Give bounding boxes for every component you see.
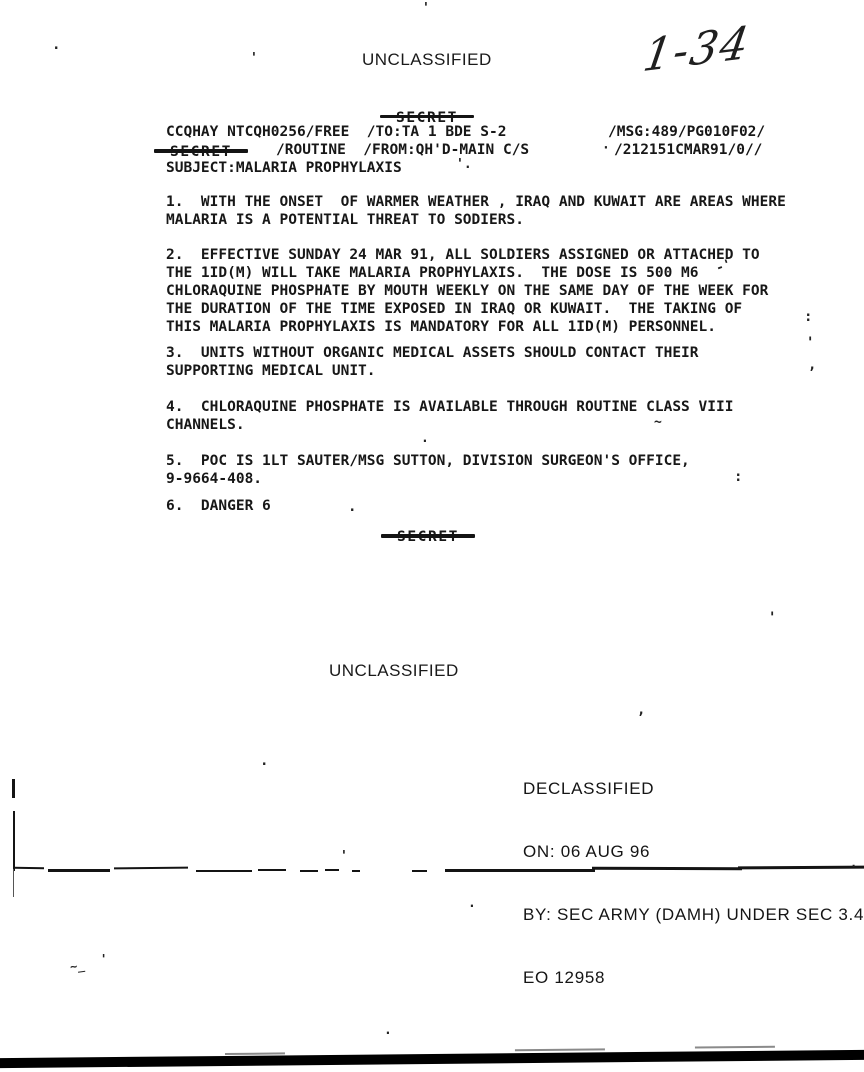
left-margin-tick	[12, 779, 15, 798]
strikethrough-line	[381, 534, 475, 538]
scan-speck: :	[734, 470, 742, 484]
scan-speck: ,	[808, 358, 816, 372]
paragraph-4: 4. CHLORAQUINE PHOSPHATE IS AVAILABLE TH…	[166, 398, 733, 434]
left-margin-line	[13, 811, 15, 871]
scan-speck: .	[52, 38, 60, 52]
scan-speck: '.	[456, 158, 472, 171]
scan-speck: '	[100, 953, 107, 965]
header-line2-left: /ROUTINE /FROM:QH'D-MAIN C/S	[276, 141, 529, 159]
secret-stamp-header-line: SECRET	[170, 141, 232, 161]
paragraph-6: 6. DANGER 6	[166, 497, 271, 515]
scan-speck: '	[340, 850, 348, 863]
declassification-stamp: DECLASSIFIED ON: 06 AUG 96 BY: SEC ARMY …	[523, 736, 864, 1030]
scanned-document-page: UNCLASSIFIED 1-34 SECRET CCQHAY NTCQH025…	[0, 0, 864, 1072]
scan-bar-black-band	[0, 1050, 864, 1068]
scan-speck: ~	[654, 416, 662, 429]
paragraph-3: 3. UNITS WITHOUT ORGANIC MEDICAL ASSETS …	[166, 344, 699, 380]
declassification-line-3: BY: SEC ARMY (DAMH) UNDER SEC 3.4	[523, 904, 864, 925]
strikethrough-line	[154, 149, 248, 153]
scan-speck: .	[421, 432, 429, 445]
handwritten-page-number: 1-34	[640, 17, 754, 82]
scan-speck: .	[468, 897, 476, 910]
scan-speck: '	[422, 2, 430, 15]
scan-bar-bottom	[0, 1044, 864, 1068]
header-line2-right: /212151CMAR91/0//	[614, 141, 762, 159]
bottom-classification-label: UNCLASSIFIED	[329, 661, 459, 681]
left-margin-line-faint	[13, 869, 14, 897]
scan-speck: .	[384, 1024, 392, 1037]
declassification-line-2: ON: 06 AUG 96	[523, 841, 864, 862]
top-classification-label: UNCLASSIFIED	[362, 50, 492, 70]
paragraph-5: 5. POC IS 1LT SAUTER/MSG SUTTON, DIVISIO…	[166, 452, 690, 488]
scan-speck: '	[250, 52, 258, 65]
scan-speck: ~_	[69, 959, 85, 973]
declassification-line-1: DECLASSIFIED	[523, 778, 864, 799]
strikethrough-line	[380, 115, 474, 118]
scan-speck: ·	[602, 142, 610, 155]
scan-speck: '	[806, 336, 814, 350]
header-line1-left: CCQHAY NTCQH0256/FREE /TO:TA 1 BDE S-2	[166, 123, 506, 141]
secret-stamp-bottom: SECRET	[397, 526, 459, 546]
scan-speck: ,	[637, 703, 645, 717]
paragraph-1: 1. WITH THE ONSET OF WARMER WEATHER , IR…	[166, 193, 786, 229]
scan-speck: .	[850, 857, 857, 869]
paragraph-2: 2. EFFECTIVE SUNDAY 24 MAR 91, ALL SOLDI…	[166, 246, 768, 336]
scan-speck: :	[804, 310, 812, 324]
header-subject-line: SUBJECT:MALARIA PROPHYLAXIS	[166, 159, 402, 177]
scan-speck: '	[768, 611, 776, 625]
declassification-line-4: EO 12958	[523, 967, 864, 988]
header-line1-right: /MSG:489/PG010F02/	[608, 123, 765, 141]
scan-speck: .	[348, 500, 356, 514]
scan-speck: .	[260, 754, 268, 768]
